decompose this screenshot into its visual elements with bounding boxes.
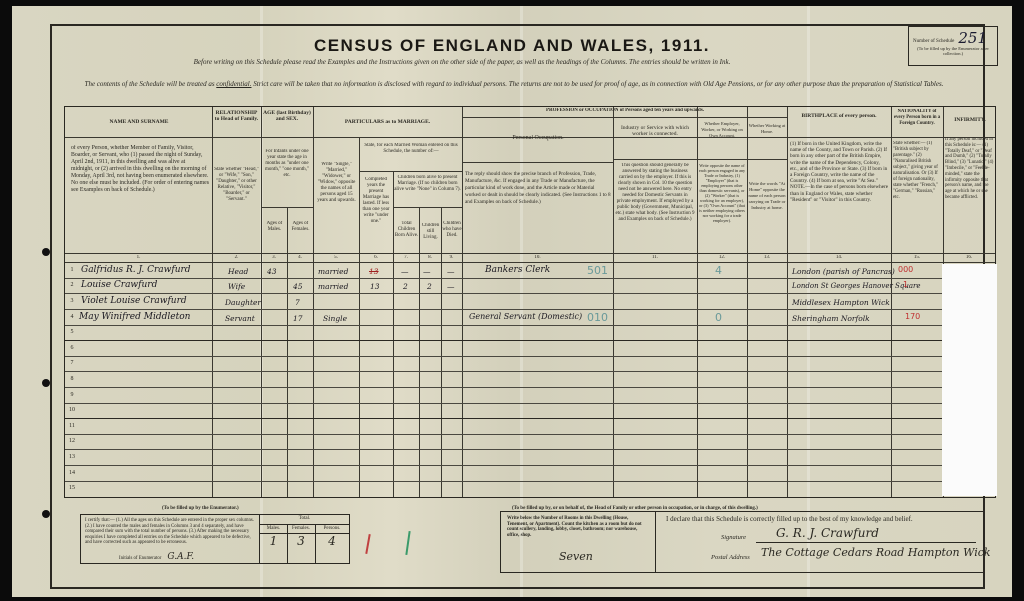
schedule-note: (To be filled up by the Enumerator after…: [911, 46, 995, 56]
person-relationship: Daughter: [225, 298, 261, 307]
punch-hole-icon: [42, 379, 50, 387]
col-divider: [419, 207, 420, 497]
enumerator-certify: I certify that:— (1.) All the ages on th…: [85, 518, 255, 546]
row-number: 8: [67, 376, 77, 382]
row-line: [65, 387, 995, 388]
person-relationship: Servant: [225, 314, 255, 323]
col-divider: [787, 107, 788, 497]
header-children-total: Total Children Born Alive.: [394, 221, 419, 239]
col-divider: [287, 207, 288, 497]
col-divider: [613, 107, 614, 497]
col-number: 10.: [462, 255, 613, 261]
header-age-desc: For Infants under one year state the age…: [263, 149, 311, 179]
header-industry-desc: This question should generally be answer…: [615, 163, 695, 223]
col-divider: [212, 107, 213, 497]
col-number: 14.: [787, 255, 891, 261]
person-name: Louise Crawfurd: [81, 280, 157, 290]
enumerator-initials: Initials of EnumeratorG.A.F.: [119, 555, 194, 562]
header-personal-occupation: Personal Occupation.: [465, 135, 611, 141]
row-line: [65, 293, 995, 294]
col-divider: [891, 107, 892, 497]
rooms-instruction-text: Write below the Number of Rooms in this …: [507, 516, 642, 538]
header-personal-occupation-desc: The reply should show the precise branch…: [465, 171, 611, 206]
header-name: NAME AND SURNAME: [69, 119, 209, 125]
col-divider: [441, 207, 442, 497]
header-age-females: Ages of Females.: [288, 221, 313, 233]
enumerator-label: (To be filled up by the Enumerator.): [162, 506, 239, 511]
person-name: May Winifred Middleton: [79, 312, 190, 322]
nationality-code: 1: [903, 280, 908, 289]
header-married-woman-desc: State, for each Married Woman entered on…: [361, 143, 461, 155]
row-line: [65, 371, 995, 372]
females-total: 3: [287, 539, 315, 545]
header-children-died: Children who have Died.: [442, 221, 462, 239]
totals-block: Total. Males. Females. Persons. 1 3 4: [259, 515, 349, 563]
header-at-home: Whether Working at Home.: [748, 123, 786, 135]
person-marital: married: [318, 267, 348, 276]
schedule-number-box: Number of Schedule 251 (To be filled up …: [908, 26, 998, 66]
row-number: 13: [67, 454, 77, 460]
enumerator-box: I certify that:— (1.) All the ages on th…: [80, 514, 350, 564]
header-industry: Industry or Service with which worker is…: [615, 125, 695, 137]
header-age-males: Ages of Males.: [262, 221, 287, 233]
person-relationship: Head: [228, 267, 248, 276]
row-line: [65, 309, 995, 310]
declaration: I declare that this Schedule is correctl…: [666, 515, 913, 523]
row-number: 15: [67, 485, 77, 491]
header-relationship: RELATIONSHIP to Head of Family.: [213, 110, 260, 122]
header-divider: [359, 171, 462, 172]
males-label: Males.: [260, 526, 287, 532]
instructions-line: Before writing on this Schedule please r…: [72, 58, 852, 66]
person-age-female: 17: [293, 314, 303, 323]
person-age-male: 43: [267, 267, 277, 276]
header-children-desc: Children born alive to present Marriage.…: [394, 175, 461, 193]
col-number: 9.: [441, 255, 462, 261]
person-birthplace: Middlesex Hampton Wick: [792, 298, 890, 307]
col-number: 16.: [943, 255, 995, 261]
col-number: 2.: [212, 255, 261, 261]
row-number: 12: [67, 438, 77, 444]
row-number: 5: [67, 329, 77, 335]
col-number: 1.: [65, 255, 212, 261]
census-schedule-paper: CENSUS OF ENGLAND AND WALES, 1911. Befor…: [12, 6, 1012, 597]
row-number: 11: [67, 423, 77, 429]
children-died: —: [447, 267, 455, 276]
row-number: 3: [67, 298, 77, 304]
persons-label: Persons.: [315, 526, 349, 532]
person-occupation: Bankers Clerk: [485, 265, 550, 275]
person-name: Galfridus R. J. Crawfurd: [81, 265, 191, 275]
row-line: [65, 403, 995, 404]
header-divider: [393, 207, 462, 208]
col-divider: [261, 107, 262, 497]
header-employer: Whether Employer, Worker, or Working on …: [698, 121, 746, 139]
nationality-code: 170: [905, 312, 920, 321]
confidentiality-notice: The contents of the Schedule will be tre…: [64, 79, 964, 89]
row-line: [65, 340, 995, 341]
employer-code: 4: [715, 264, 722, 277]
row-line: [65, 418, 995, 419]
occupation-code: 010: [587, 311, 608, 324]
row-number: 7: [67, 360, 77, 366]
row-line: [65, 434, 995, 435]
header-infirmity-desc: If any person included in this Schedule …: [945, 137, 995, 201]
header-birthplace-desc: (1) If born in the United Kingdom, write…: [790, 141, 889, 203]
header-nationality: NATIONALITY of every Person born in a Fo…: [892, 109, 942, 127]
employer-code: 0: [715, 311, 722, 324]
row-number: 2: [67, 282, 77, 288]
redacted-infirmity-column: [942, 264, 997, 496]
col-number: 7.: [393, 255, 419, 261]
person-birthplace: Sheringham Norfolk: [792, 314, 870, 323]
rooms-instruction: Write below the Number of Rooms in this …: [501, 512, 656, 572]
signature-line: [756, 542, 976, 543]
row-line: [65, 465, 995, 466]
children-died: —: [447, 282, 455, 291]
initials-value: G.A.F.: [167, 552, 194, 562]
children-living: 2: [427, 282, 432, 291]
col-number: 12.: [697, 255, 747, 261]
header-divider: [613, 159, 787, 160]
punch-hole-icon: [42, 248, 50, 256]
col-number: 4.: [287, 255, 313, 261]
header-divider: [65, 262, 995, 263]
household-table: NAME AND SURNAME of every Person, whethe…: [64, 106, 996, 498]
row-number: 14: [67, 470, 77, 476]
header-years-married: Completed years the present Marriage has…: [360, 177, 392, 225]
row-number: 1: [67, 267, 77, 273]
persons-total: 4: [315, 539, 349, 545]
row-line: [65, 278, 995, 279]
row-line: [65, 481, 995, 482]
row-number: 4: [67, 314, 77, 320]
col-divider: [462, 107, 463, 497]
totals-label: Total.: [260, 516, 349, 522]
header-marital-status-desc: Write "Single," "Married," "Widower," or…: [315, 162, 358, 204]
header-divider: [462, 162, 613, 163]
header-profession: PROFESSION or OCCUPATION of Persons aged…: [463, 108, 787, 114]
person-age-female: 7: [295, 298, 300, 307]
header-relationship-desc: State whether "Head," or "Wife," "Son," …: [214, 167, 259, 203]
person-age-female: 45: [293, 282, 303, 291]
person-birthplace: London (parish of Pancras): [792, 267, 895, 276]
col-number: 15.: [891, 255, 943, 261]
females-label: Females.: [287, 526, 315, 532]
page-title: CENSUS OF ENGLAND AND WALES, 1911.: [12, 36, 1012, 56]
nationality-code: 000: [898, 265, 913, 274]
person-marital: married: [318, 282, 348, 291]
col-number: 11.: [613, 255, 697, 261]
header-employer-desc: Write opposite the name of each person e…: [698, 163, 746, 223]
rooms-count: Seven: [559, 550, 593, 563]
header-nationality-desc: State whether:— (1) "British subject by …: [893, 141, 942, 201]
males-total: 1: [260, 539, 287, 545]
row-number: 9: [67, 392, 77, 398]
head-of-family-box: Write below the Number of Rooms in this …: [500, 511, 985, 573]
header-name-desc: of every Person, whether Member of Famil…: [71, 145, 209, 194]
header-marriage: PARTICULARS as to MARRIAGE.: [314, 119, 461, 125]
header-divider: [462, 117, 787, 118]
row-line: [65, 356, 995, 357]
col-number: 13.: [747, 255, 787, 261]
occupation-code: 501: [587, 264, 608, 277]
schedule-number-label: Number of Schedule: [913, 39, 954, 44]
col-number: 3.: [261, 255, 287, 261]
row-line: [65, 449, 995, 450]
children-living: —: [423, 267, 431, 276]
header-at-home-desc: Write the words "At Home" opposite the n…: [748, 181, 786, 211]
col-divider: [747, 107, 748, 497]
punch-hole-icon: [42, 510, 50, 518]
person-name: Violet Louise Crawfurd: [81, 296, 187, 306]
person-marital: Single: [323, 314, 347, 323]
address-label: Postal Address: [711, 554, 750, 561]
person-relationship: Wife: [228, 282, 245, 291]
row-number: 6: [67, 345, 77, 351]
header-infirmity: INFIRMITY.: [944, 117, 996, 123]
totals-divider: [260, 524, 349, 525]
row-number: 10: [67, 407, 77, 413]
header-divider: [65, 253, 995, 254]
col-number: 6.: [359, 255, 393, 261]
col-divider: [313, 107, 314, 497]
children-total: —: [401, 267, 409, 276]
person-occupation: General Servant (Domestic): [469, 312, 582, 321]
signature-value: G. R. J. Crawfurd: [776, 526, 879, 540]
initials-label: Initials of Enumerator: [119, 556, 161, 561]
confidential-text: The contents of the Schedule will be tre…: [85, 80, 217, 88]
header-birthplace: BIRTHPLACE of every person.: [788, 113, 890, 119]
confidential-word: confidential.: [216, 80, 251, 88]
address-value: The Cottage Cedars Road Hampton Wick: [761, 546, 991, 559]
children-total: 2: [403, 282, 408, 291]
document-frame: CENSUS OF ENGLAND AND WALES, 1911. Befor…: [0, 0, 1024, 601]
col-number: 8.: [419, 255, 441, 261]
col-number: 5.: [313, 255, 359, 261]
header-divider: [261, 207, 313, 208]
confidential-text-rest: Strict care will be taken that no inform…: [252, 80, 944, 88]
person-years-married: 13: [370, 282, 380, 291]
signature-label: Signature: [721, 534, 746, 541]
person-birthplace: London St Georges Hanover Square: [792, 282, 921, 290]
person-years-married: 13: [369, 267, 379, 276]
schedule-number: 251: [958, 29, 987, 47]
row-line: [65, 325, 995, 326]
header-children-living: Children still Living.: [420, 223, 441, 241]
header-age: AGE (last Birthday) and SEX.: [262, 110, 312, 122]
